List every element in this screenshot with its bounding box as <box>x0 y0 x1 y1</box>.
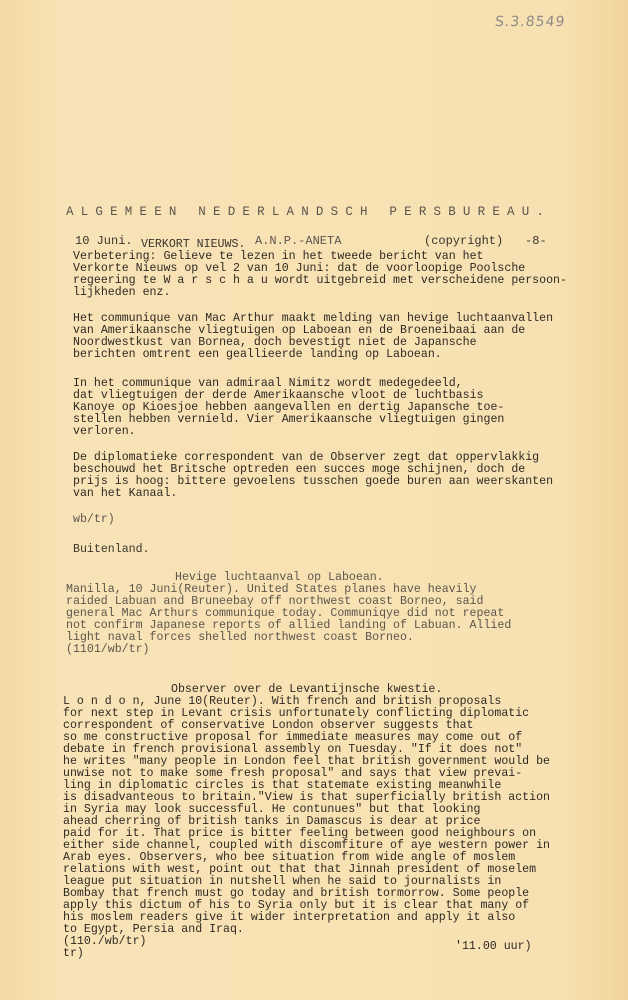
dateline-page-number: -8- <box>525 234 547 248</box>
text-line: berichten omtrent een geallieerde landin… <box>73 349 442 361</box>
text-line: verloren. <box>73 426 136 438</box>
archive-number: S.3.8549 <box>494 14 566 30</box>
letterhead: ALGEMEEN NEDERLANDSCH PERSBUREAU. <box>66 205 551 219</box>
signoff: wb/tr) <box>73 514 115 526</box>
text-line: lijkheden enz. <box>73 287 170 299</box>
text-line: stellen hebben vernield. Vier Amerikaans… <box>73 414 504 426</box>
text-line: (1101/wb/tr) <box>66 644 150 656</box>
text-line: tr) <box>63 948 84 960</box>
dateline-agency: A.N.P.-ANETA <box>255 234 341 248</box>
dateline-date: 10 Juni. <box>75 234 133 248</box>
section-heading-buitenland: Buitenland. <box>73 543 150 556</box>
dateline-copyright: (copyright) <box>424 234 503 248</box>
text-line: van het Kanaal. <box>73 488 177 500</box>
time-stamp: '11.00 uur) <box>455 941 532 953</box>
typewritten-page: S.3.8549 ALGEMEEN NEDERLANDSCH PERSBUREA… <box>0 0 628 1000</box>
